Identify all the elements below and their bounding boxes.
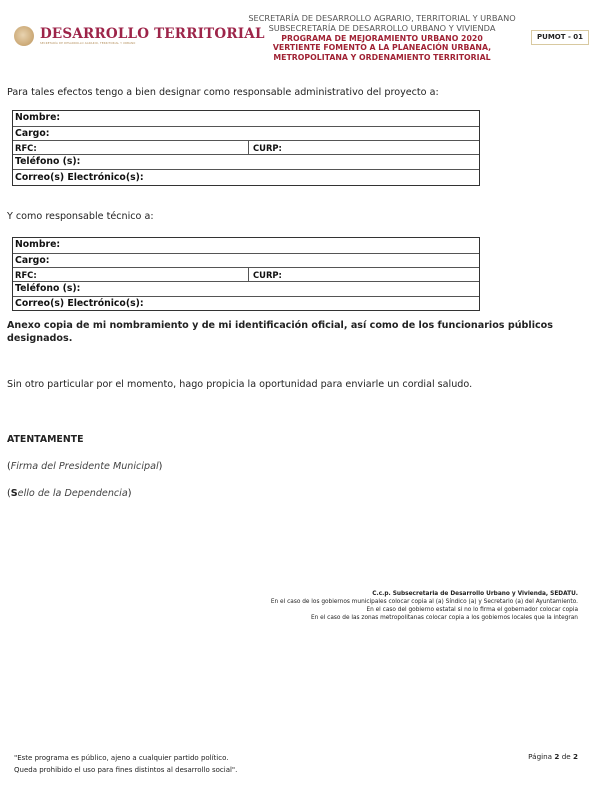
- label-correo: Correo(s) Electrónico(s):: [15, 297, 144, 311]
- firma-text: Firma del Presidente Municipal: [11, 461, 159, 472]
- technical-responsible-table: Nombre: Cargo: RFC: CURP: Teléfono (s): …: [12, 237, 480, 311]
- label-cargo: Cargo:: [15, 127, 49, 141]
- sello-text: ello de la Dependencia: [18, 488, 128, 499]
- footer-disclaimer: "Este programa es público, ajeno a cualq…: [14, 752, 237, 776]
- label-rfc: RFC:: [15, 270, 37, 280]
- cc-line-2: En el caso de los gobiernos municipales …: [271, 598, 578, 606]
- admin-responsible-table: Nombre: Cargo: RFC: CURP: Teléfono (s): …: [12, 110, 480, 186]
- document-header: SECRETARÍA DE DESARROLLO AGRARIO, TERRIT…: [236, 14, 528, 63]
- anexo-text: Anexo copia de mi nombramiento y de mi i…: [7, 319, 585, 345]
- label-nombre: Nombre:: [15, 111, 60, 126]
- intro-admin-text: Para tales efectos tengo a bien designar…: [7, 87, 439, 98]
- label-telefono: Teléfono (s):: [15, 282, 80, 296]
- label-rfc: RFC:: [15, 143, 37, 153]
- header-subsecretaria: SUBSECRETARÍA DE DESARROLLO URBANO Y VIV…: [236, 24, 528, 34]
- label-curp: CURP:: [253, 143, 282, 153]
- field-rfc[interactable]: RFC:: [13, 141, 249, 154]
- page-label: Página: [528, 752, 552, 761]
- field-nombre[interactable]: Nombre:: [13, 111, 479, 126]
- label-curp: CURP:: [253, 270, 282, 280]
- saludo-text: Sin otro particular por el momento, hago…: [7, 379, 472, 390]
- label-correo: Correo(s) Electrónico(s):: [15, 170, 144, 185]
- label-nombre: Nombre:: [15, 238, 60, 253]
- logo-subtitle: SECRETARÍA DE DESARROLLO AGRARIO, TERRIT…: [40, 42, 265, 46]
- firma-line: (Firma del Presidente Municipal): [7, 461, 162, 472]
- field-telefono[interactable]: Teléfono (s):: [13, 281, 479, 296]
- field-curp[interactable]: CURP:: [249, 141, 282, 154]
- field-correo[interactable]: Correo(s) Electrónico(s):: [13, 296, 479, 311]
- header-vertiente: VERTIENTE FOMENTO A LA PLANEACIÓN URBANA…: [236, 43, 528, 63]
- sedatu-logo: DESARROLLO TERRITORIAL SECRETARÍA DE DES…: [14, 26, 265, 46]
- cc-line-1: C.c.p. Subsecretaria de Desarrollo Urban…: [271, 590, 578, 598]
- header-programa: PROGRAMA DE MEJORAMIENTO URBANO 2020: [236, 34, 528, 44]
- footer-line-2: Queda prohibido el uso para fines distin…: [14, 764, 237, 776]
- page-total: 2: [573, 752, 578, 761]
- intro-tecnico-text: Y como responsable técnico a:: [7, 211, 154, 222]
- page-current: 2: [554, 752, 559, 761]
- atentamente-heading: ATENTAMENTE: [7, 434, 83, 445]
- field-cargo[interactable]: Cargo:: [13, 253, 479, 268]
- field-rfc[interactable]: RFC:: [13, 268, 249, 281]
- cc-block: C.c.p. Subsecretaria de Desarrollo Urban…: [271, 590, 578, 622]
- field-curp[interactable]: CURP:: [249, 268, 282, 281]
- cc-line-4: En el caso de las zonas metropolitanas c…: [271, 614, 578, 622]
- cc-line-3: En el caso del gobierno estatal si no lo…: [271, 606, 578, 614]
- field-correo[interactable]: Correo(s) Electrónico(s):: [13, 169, 479, 185]
- footer-line-1: "Este programa es público, ajeno a cualq…: [14, 752, 237, 764]
- form-code-badge: PUMOT - 01: [531, 30, 589, 45]
- sello-initial: S: [11, 488, 18, 499]
- logo-title: DESARROLLO TERRITORIAL: [40, 27, 265, 42]
- field-cargo[interactable]: Cargo:: [13, 126, 479, 141]
- field-telefono[interactable]: Teléfono (s):: [13, 154, 479, 169]
- page-sep: de: [562, 752, 571, 761]
- sello-line: (Sello de la Dependencia): [7, 488, 131, 499]
- field-nombre[interactable]: Nombre:: [13, 238, 479, 253]
- label-telefono: Teléfono (s):: [15, 155, 80, 169]
- national-seal-icon: [14, 26, 34, 46]
- page-number: Página 2 de 2: [528, 752, 578, 761]
- label-cargo: Cargo:: [15, 254, 49, 268]
